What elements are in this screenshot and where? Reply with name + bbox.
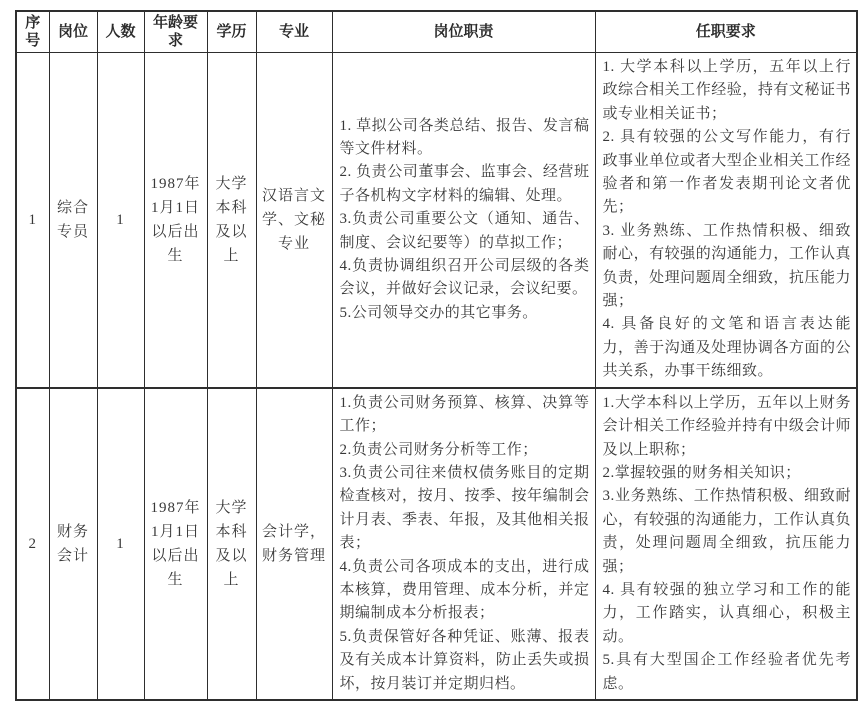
- cell-requirements: 1.大学本科以上学历，五年以上财务会计相关工作经验并持有中级会计师及以上职称； …: [595, 388, 857, 700]
- cell-position: 综合专员: [49, 53, 97, 388]
- cell-major: 汉语言文学、文秘专业: [256, 53, 332, 388]
- cell-no: 1: [16, 53, 49, 388]
- col-header-duties: 岗位职责: [332, 11, 595, 53]
- cell-requirements: 1. 大学本科以上学历，五年以上行政综合相关工作经验，持有文秘证书或专业相关证书…: [595, 53, 857, 388]
- col-header-education: 学历: [207, 11, 256, 53]
- document-page: 序号 岗位 人数 年龄要求 学历 专业 岗位职责 任职要求 1 综合专员 1 1…: [0, 0, 867, 683]
- cell-education: 大学本科及以上: [207, 388, 256, 700]
- cell-headcount: 1: [97, 53, 144, 388]
- cell-age: 1987年1月1日以后出生: [144, 53, 207, 388]
- col-header-major: 专业: [256, 11, 332, 53]
- col-header-no: 序号: [16, 11, 49, 53]
- cell-age: 1987年1月1日以后出生: [144, 388, 207, 700]
- cell-headcount: 1: [97, 388, 144, 700]
- cell-duties: 1.负责公司财务预算、核算、决算等工作； 2.负责公司财务分析等工作； 3.负责…: [332, 388, 595, 700]
- cell-no: 2: [16, 388, 49, 700]
- table-row-2: 2 财务会计 1 1987年1月1日以后出生 大学本科及以上 会计学，财务管理 …: [16, 388, 857, 700]
- cell-position: 财务会计: [49, 388, 97, 700]
- cell-education: 大学本科及以上: [207, 53, 256, 388]
- cell-duties: 1. 草拟公司各类总结、报告、发言稿等文件材料。 2. 负责公司董事会、监事会、…: [332, 53, 595, 388]
- col-header-age: 年龄要求: [144, 11, 207, 53]
- cell-major: 会计学，财务管理: [256, 388, 332, 700]
- col-header-position: 岗位: [49, 11, 97, 53]
- col-header-headcount: 人数: [97, 11, 144, 53]
- job-positions-table: 序号 岗位 人数 年龄要求 学历 专业 岗位职责 任职要求 1 综合专员 1 1…: [15, 10, 858, 701]
- header-row: 序号 岗位 人数 年龄要求 学历 专业 岗位职责 任职要求: [16, 11, 857, 53]
- table-row-1: 1 综合专员 1 1987年1月1日以后出生 大学本科及以上 汉语言文学、文秘专…: [16, 53, 857, 388]
- col-header-requirements: 任职要求: [595, 11, 857, 53]
